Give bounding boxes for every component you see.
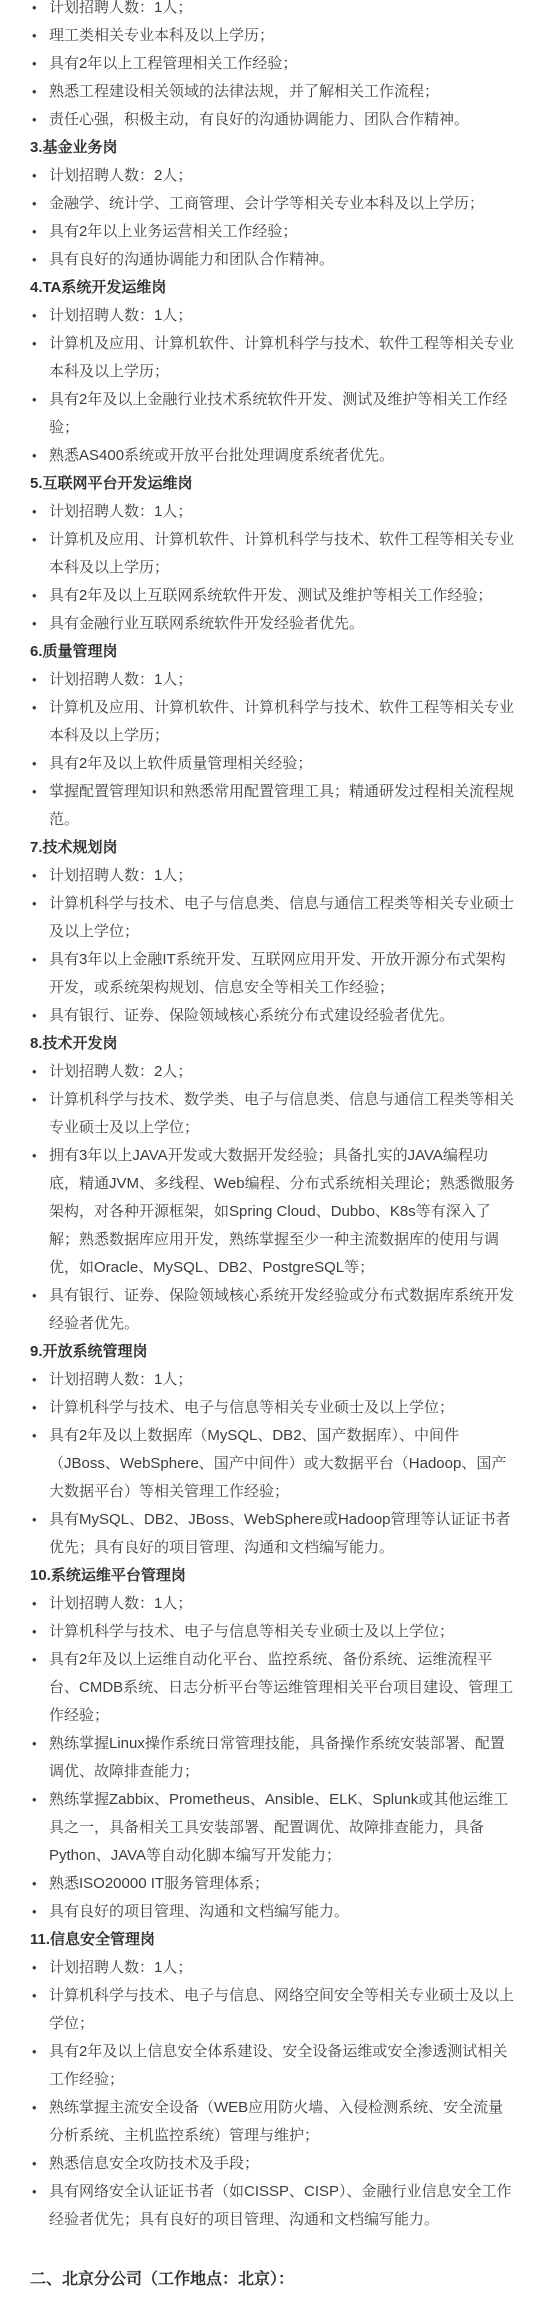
requirement-item: • 具有2年及以上运维自动化平台、监控系统、备份系统、运维流程平台、CMDB系统…: [30, 1646, 515, 1730]
position-title: 4.TA系统开发运维岗: [30, 274, 515, 302]
requirement-text: 计划招聘人数：1人；: [49, 0, 192, 16]
bullet-icon: •: [32, 162, 37, 190]
requirement-text: 计划招聘人数：1人；: [49, 1595, 192, 1612]
requirement-item: • 熟悉ISO20000 IT服务管理体系；: [30, 1870, 515, 1898]
requirement-item: • 计划招聘人数：1人；: [30, 1366, 515, 1394]
requirements-list: • 计划招聘人数：1人； • 计算机科学与技术、电子与信息等相关专业硕士及以上学…: [30, 1590, 515, 1926]
position-section: 11.信息安全管理岗 • 计划招聘人数：1人； • 计算机科学与技术、电子与信息…: [30, 1926, 515, 2234]
requirement-text: 计划招聘人数：1人；: [49, 1371, 192, 1388]
requirement-text: 计划招聘人数：1人；: [49, 307, 192, 324]
requirement-text: 责任心强，积极主动，有良好的沟通协调能力、团队合作精神。: [49, 111, 469, 128]
requirements-list: • 计划招聘人数：1人； • 计算机科学与技术、电子与信息类、信息与通信工程类等…: [30, 862, 515, 1030]
bullet-icon: •: [32, 666, 37, 694]
bullet-icon: •: [32, 1590, 37, 1618]
bullet-icon: •: [32, 78, 37, 106]
requirement-item: • 计算机及应用、计算机软件、计算机科学与技术、软件工程等相关专业本科及以上学历…: [30, 526, 515, 582]
requirement-text: 具有银行、证券、保险领域核心系统开发经验或分布式数据库系统开发经验者优先。: [49, 1287, 514, 1332]
bullet-icon: •: [32, 0, 37, 22]
bullet-icon: •: [32, 946, 37, 974]
bullet-icon: •: [32, 862, 37, 890]
bullet-icon: •: [32, 1786, 37, 1814]
requirement-text: 计算机科学与技术、电子与信息类、信息与通信工程类等相关专业硕士及以上学位；: [49, 895, 514, 940]
requirement-item: • 计划招聘人数：1人；: [30, 0, 515, 22]
requirement-item: • 具有2年及以上软件质量管理相关经验；: [30, 750, 515, 778]
requirement-item: • 具有良好的项目管理、沟通和文档编写能力。: [30, 1898, 515, 1926]
requirement-text: 熟练掌握Linux操作系统日常管理技能，具备操作系统安装部署、配置调优、故障排查…: [49, 1735, 505, 1780]
position-title: 7.技术规划岗: [30, 834, 515, 862]
requirement-item: • 拥有3年以上JAVA开发或大数据开发经验；具备扎实的JAVA编程功底，精通J…: [30, 1142, 515, 1282]
requirement-item: • 具有金融行业互联网系统软件开发经验者优先。: [30, 610, 515, 638]
requirements-list: • 计划招聘人数：1人； • 计算机科学与技术、电子与信息、网络空间安全等相关专…: [30, 1954, 515, 2234]
position-section: 7.技术规划岗 • 计划招聘人数：1人； • 计算机科学与技术、电子与信息类、信…: [30, 834, 515, 1030]
branch-section-heading: 二、北京分公司（工作地点：北京）：: [30, 2266, 515, 2294]
position-section: 10.系统运维平台管理岗 • 计划招聘人数：1人； • 计算机科学与技术、电子与…: [30, 1562, 515, 1926]
requirement-item: • 熟练掌握Linux操作系统日常管理技能，具备操作系统安装部署、配置调优、故障…: [30, 1730, 515, 1786]
requirement-text: 计划招聘人数：1人；: [49, 867, 192, 884]
position-title: 3.基金业务岗: [30, 134, 515, 162]
bullet-icon: •: [32, 330, 37, 358]
requirement-item: • 金融学、统计学、工商管理、会计学等相关专业本科及以上学历；: [30, 190, 515, 218]
requirement-item: • 计算机科学与技术、电子与信息等相关专业硕士及以上学位；: [30, 1618, 515, 1646]
position-section: 9.开放系统管理岗 • 计划招聘人数：1人； • 计算机科学与技术、电子与信息等…: [30, 1338, 515, 1562]
bullet-icon: •: [32, 2094, 37, 2122]
requirement-text: 计算机科学与技术、数学类、电子与信息类、信息与通信工程类等相关专业硕士及以上学位…: [49, 1091, 514, 1136]
bullet-icon: •: [32, 386, 37, 414]
position-title: 6.质量管理岗: [30, 638, 515, 666]
requirement-item: • 熟悉信息安全攻防技术及手段；: [30, 2150, 515, 2178]
bullet-icon: •: [32, 1142, 37, 1170]
bullet-icon: •: [32, 22, 37, 50]
requirement-text: 拥有3年以上JAVA开发或大数据开发经验；具备扎实的JAVA编程功底，精通JVM…: [49, 1147, 515, 1276]
position-title: 8.技术开发岗: [30, 1030, 515, 1058]
position-section: 4.TA系统开发运维岗 • 计划招聘人数：1人； • 计算机及应用、计算机软件、…: [30, 274, 515, 470]
requirement-item: • 计算机及应用、计算机软件、计算机科学与技术、软件工程等相关专业本科及以上学历…: [30, 694, 515, 750]
bullet-icon: •: [32, 2038, 37, 2066]
requirement-item: • 计划招聘人数：2人；: [30, 1058, 515, 1086]
requirement-item: • 具有3年以上金融IT系统开发、互联网应用开发、开放开源分布式架构开发，或系统…: [30, 946, 515, 1002]
position-title: 9.开放系统管理岗: [30, 1338, 515, 1366]
requirement-text: 具有2年及以上金融行业技术系统软件开发、测试及维护等相关工作经验；: [49, 391, 507, 436]
bullet-icon: •: [32, 1002, 37, 1030]
requirement-item: • 具有2年以上业务运营相关工作经验；: [30, 218, 515, 246]
bullet-icon: •: [32, 442, 37, 470]
requirement-text: 具有网络安全认证证书者（如CISSP、CISP）、金融行业信息安全工作经验者优先…: [49, 2183, 512, 2228]
bullet-icon: •: [32, 694, 37, 722]
bullet-icon: •: [32, 1366, 37, 1394]
requirement-item: • 计划招聘人数：1人；: [30, 498, 515, 526]
bullet-icon: •: [32, 246, 37, 274]
bullet-icon: •: [32, 1646, 37, 1674]
bullet-icon: •: [32, 1898, 37, 1926]
requirement-item: • 计算机科学与技术、数学类、电子与信息类、信息与通信工程类等相关专业硕士及以上…: [30, 1086, 515, 1142]
requirement-item: • 具有银行、证券、保险领域核心系统分布式建设经验者优先。: [30, 1002, 515, 1030]
requirements-list: • 计划招聘人数：1人； • 计算机及应用、计算机软件、计算机科学与技术、软件工…: [30, 498, 515, 638]
bullet-icon: •: [32, 1618, 37, 1646]
requirement-text: 金融学、统计学、工商管理、会计学等相关专业本科及以上学历；: [49, 195, 484, 212]
bullet-icon: •: [32, 498, 37, 526]
requirement-text: 计算机及应用、计算机软件、计算机科学与技术、软件工程等相关专业本科及以上学历；: [49, 531, 514, 576]
requirement-item: • 具有2年及以上信息安全体系建设、安全设备运维或安全渗透测试相关工作经验；: [30, 2038, 515, 2094]
requirement-text: 计算机科学与技术、电子与信息等相关专业硕士及以上学位；: [49, 1623, 454, 1640]
bullet-icon: •: [32, 1870, 37, 1898]
bullet-icon: •: [32, 218, 37, 246]
bullet-icon: •: [32, 1506, 37, 1534]
bullet-icon: •: [32, 1422, 37, 1450]
position-section: 5.互联网平台开发运维岗 • 计划招聘人数：1人； • 计算机及应用、计算机软件…: [30, 470, 515, 638]
requirements-list: • 计划招聘人数：2人； • 计算机科学与技术、数学类、电子与信息类、信息与通信…: [30, 1058, 515, 1338]
requirement-text: 具有金融行业互联网系统软件开发经验者优先。: [49, 615, 364, 632]
bullet-icon: •: [32, 610, 37, 638]
requirement-text: 具有2年及以上软件质量管理相关经验；: [49, 755, 312, 772]
requirement-text: 计划招聘人数：2人；: [49, 167, 192, 184]
requirement-text: 掌握配置管理知识和熟悉常用配置管理工具；精通研发过程相关流程规范。: [49, 783, 514, 828]
requirement-item: • 理工类相关专业本科及以上学历；: [30, 22, 515, 50]
position-section: 6.质量管理岗 • 计划招聘人数：1人； • 计算机及应用、计算机软件、计算机科…: [30, 638, 515, 834]
position-title: 10.系统运维平台管理岗: [30, 1562, 515, 1590]
requirement-text: 熟悉信息安全攻防技术及手段；: [49, 2155, 259, 2172]
bullet-icon: •: [32, 2150, 37, 2178]
requirement-text: 计算机及应用、计算机软件、计算机科学与技术、软件工程等相关专业本科及以上学历；: [49, 335, 514, 380]
bullet-icon: •: [32, 1730, 37, 1758]
requirement-text: 计划招聘人数：1人；: [49, 1959, 192, 1976]
requirement-text: 熟悉AS400系统或开放平台批处理调度系统者优先。: [49, 447, 394, 464]
requirement-text: 熟悉ISO20000 IT服务管理体系；: [49, 1875, 269, 1892]
requirement-item: • 具有2年以上工程管理相关工作经验；: [30, 50, 515, 78]
requirement-text: 具有3年以上金融IT系统开发、互联网应用开发、开放开源分布式架构开发，或系统架构…: [49, 951, 506, 996]
requirement-item: • 计算机科学与技术、电子与信息类、信息与通信工程类等相关专业硕士及以上学位；: [30, 890, 515, 946]
requirement-text: 具有良好的项目管理、沟通和文档编写能力。: [49, 1903, 349, 1920]
requirement-text: 理工类相关专业本科及以上学历；: [49, 27, 274, 44]
requirement-text: 计划招聘人数：1人；: [49, 503, 192, 520]
requirement-text: 计算机科学与技术、电子与信息等相关专业硕士及以上学位；: [49, 1399, 454, 1416]
requirement-item: • 掌握配置管理知识和熟悉常用配置管理工具；精通研发过程相关流程规范。: [30, 778, 515, 834]
requirement-item: • 具有MySQL、DB2、JBoss、WebSphere或Hadoop管理等认…: [30, 1506, 515, 1562]
requirement-item: • 计划招聘人数：1人；: [30, 302, 515, 330]
requirement-item: • 具有2年及以上互联网系统软件开发、测试及维护等相关工作经验；: [30, 582, 515, 610]
bullet-icon: •: [32, 1394, 37, 1422]
requirement-item: • 具有网络安全认证证书者（如CISSP、CISP）、金融行业信息安全工作经验者…: [30, 2178, 515, 2234]
requirement-item: • 熟悉AS400系统或开放平台批处理调度系统者优先。: [30, 442, 515, 470]
bullet-icon: •: [32, 1954, 37, 1982]
position-title: 5.互联网平台开发运维岗: [30, 470, 515, 498]
requirement-item: • 具有良好的沟通协调能力和团队合作精神。: [30, 246, 515, 274]
requirements-list: • 计划招聘人数：1人； • 计算机科学与技术、电子与信息等相关专业硕士及以上学…: [30, 1366, 515, 1562]
requirements-list: • 计划招聘人数：2人； • 金融学、统计学、工商管理、会计学等相关专业本科及以…: [30, 162, 515, 274]
requirement-text: 计算机及应用、计算机软件、计算机科学与技术、软件工程等相关专业本科及以上学历；: [49, 699, 514, 744]
requirement-item: • 计算机科学与技术、电子与信息等相关专业硕士及以上学位；: [30, 1394, 515, 1422]
requirement-item: • 熟悉工程建设相关领域的法律法规，并了解相关工作流程；: [30, 78, 515, 106]
bullet-icon: •: [32, 302, 37, 330]
requirement-text: 熟练掌握主流安全设备（WEB应用防火墙、入侵检测系统、安全流量分析系统、主机监控…: [49, 2099, 503, 2144]
position-section: 3.基金业务岗 • 计划招聘人数：2人； • 金融学、统计学、工商管理、会计学等…: [30, 134, 515, 274]
requirement-item: • 计划招聘人数：1人；: [30, 1954, 515, 1982]
requirement-text: 计划招聘人数：2人；: [49, 1063, 192, 1080]
requirement-text: 具有2年以上工程管理相关工作经验；: [49, 55, 297, 72]
bullet-icon: •: [32, 1086, 37, 1114]
requirement-item: • 熟练掌握主流安全设备（WEB应用防火墙、入侵检测系统、安全流量分析系统、主机…: [30, 2094, 515, 2150]
bullet-icon: •: [32, 106, 37, 134]
requirement-text: 计算机科学与技术、电子与信息、网络空间安全等相关专业硕士及以上学位；: [49, 1987, 514, 2032]
bullet-icon: •: [32, 1058, 37, 1086]
requirement-text: 具有良好的沟通协调能力和团队合作精神。: [49, 251, 334, 268]
bullet-icon: •: [32, 190, 37, 218]
position-section: 8.技术开发岗 • 计划招聘人数：2人； • 计算机科学与技术、数学类、电子与信…: [30, 1030, 515, 1338]
requirement-text: 熟悉工程建设相关领域的法律法规，并了解相关工作流程；: [49, 83, 439, 100]
requirement-item: • 计划招聘人数：2人；: [30, 162, 515, 190]
bullet-icon: •: [32, 526, 37, 554]
requirement-text: 具有银行、证券、保险领域核心系统分布式建设经验者优先。: [49, 1007, 454, 1024]
bullet-icon: •: [32, 582, 37, 610]
bullet-icon: •: [32, 2178, 37, 2206]
requirement-text: 熟练掌握Zabbix、Prometheus、Ansible、ELK、Splunk…: [49, 1791, 508, 1864]
requirement-item: • 计划招聘人数：1人；: [30, 862, 515, 890]
requirements-list: • 计划招聘人数：1人； • 计算机及应用、计算机软件、计算机科学与技术、软件工…: [30, 666, 515, 834]
intro-requirements-list: • 计划招聘人数：1人； • 理工类相关专业本科及以上学历； • 具有2年以上工…: [30, 0, 515, 134]
requirement-item: • 具有2年及以上金融行业技术系统软件开发、测试及维护等相关工作经验；: [30, 386, 515, 442]
requirement-item: • 计划招聘人数：1人；: [30, 1590, 515, 1618]
requirement-item: • 责任心强，积极主动，有良好的沟通协调能力、团队合作精神。: [30, 106, 515, 134]
bullet-icon: •: [32, 1282, 37, 1310]
requirement-text: 具有2年及以上互联网系统软件开发、测试及维护等相关工作经验；: [49, 587, 492, 604]
position-title: 11.信息安全管理岗: [30, 1926, 515, 1954]
requirement-item: • 计算机科学与技术、电子与信息、网络空间安全等相关专业硕士及以上学位；: [30, 1982, 515, 2038]
requirement-item: • 具有银行、证券、保险领域核心系统开发经验或分布式数据库系统开发经验者优先。: [30, 1282, 515, 1338]
bullet-icon: •: [32, 1982, 37, 2010]
requirement-item: • 计划招聘人数：1人；: [30, 666, 515, 694]
bullet-icon: •: [32, 778, 37, 806]
requirements-list: • 计划招聘人数：1人； • 计算机及应用、计算机软件、计算机科学与技术、软件工…: [30, 302, 515, 470]
bullet-icon: •: [32, 50, 37, 78]
requirement-item: • 具有2年及以上数据库（MySQL、DB2、国产数据库）、中间件（JBoss、…: [30, 1422, 515, 1506]
requirement-text: 计划招聘人数：1人；: [49, 671, 192, 688]
requirement-item: • 计算机及应用、计算机软件、计算机科学与技术、软件工程等相关专业本科及以上学历…: [30, 330, 515, 386]
requirement-text: 具有2年及以上数据库（MySQL、DB2、国产数据库）、中间件（JBoss、We…: [49, 1427, 506, 1500]
bullet-icon: •: [32, 890, 37, 918]
requirement-text: 具有MySQL、DB2、JBoss、WebSphere或Hadoop管理等认证证…: [49, 1511, 511, 1556]
job-listing-document: • 计划招聘人数：1人； • 理工类相关专业本科及以上学历； • 具有2年以上工…: [0, 0, 539, 2304]
requirement-text: 具有2年及以上运维自动化平台、监控系统、备份系统、运维流程平台、CMDB系统、日…: [49, 1651, 513, 1724]
positions-container: 3.基金业务岗 • 计划招聘人数：2人； • 金融学、统计学、工商管理、会计学等…: [30, 134, 515, 2234]
requirement-text: 具有2年及以上信息安全体系建设、安全设备运维或安全渗透测试相关工作经验；: [49, 2043, 507, 2088]
requirement-item: • 熟练掌握Zabbix、Prometheus、Ansible、ELK、Splu…: [30, 1786, 515, 1870]
requirement-text: 具有2年以上业务运营相关工作经验；: [49, 223, 297, 240]
bullet-icon: •: [32, 750, 37, 778]
